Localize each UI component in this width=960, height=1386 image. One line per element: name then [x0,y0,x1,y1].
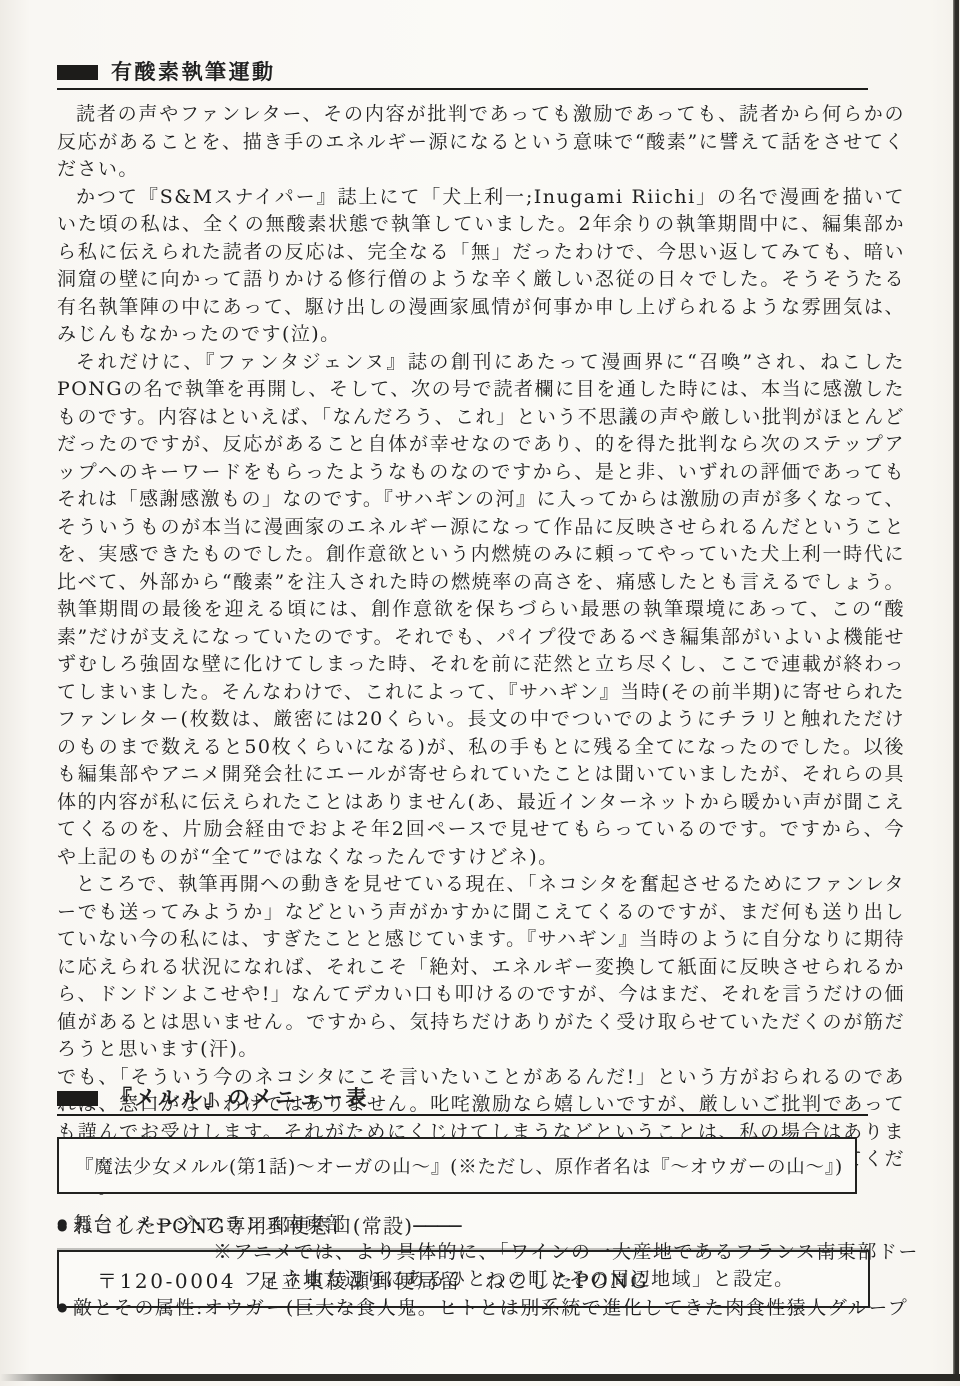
menu-item-note-line: ※アニメでは、より具体的に、「ワインの一大産地であるフランス南東部ドー [213,1239,905,1267]
header-black-bar-icon [57,65,98,80]
menu-item-list: ●舞台イメージ:フランス南東部 ※アニメでは、より具体的に、「ワインの一大産地で… [57,1210,905,1322]
scan-edge-right [953,0,959,1380]
essay-title: 有酸素執筆運動 [111,61,276,82]
menu-item-text: 舞台イメージ:フランス南東部 [73,1213,346,1235]
menu-item-note-line: フィネ地方辺りにあるひとつの町とその周辺地域」と設定。 [243,1266,905,1294]
essay-paragraph: それだけに、『ファンタジェンヌ』誌の創刊にあたって漫画界に“召喚”され、ねこした… [57,349,905,872]
menu-title: 『メルル』のメニュー表 [111,1087,369,1108]
menu-item-text: フィネ地方辺りにあるひとつの町とその周辺地域」と設定。 [243,1268,795,1290]
episode-title-text: 『魔法少女メルル(第1話)〜オーガの山〜』(※ただし、原作者名は『〜オウガーの山… [75,1153,843,1179]
menu-item-text: 敵とその属性:オウガー(巨大な食人鬼。ヒトとは別系統で進化してきた肉食性猿人グル… [73,1297,908,1319]
header-black-bar-icon [57,1091,98,1106]
section-header-menu: 『メルル』のメニュー表 [57,1088,868,1116]
essay-paragraph: ところで、執筆再開への動きを見せている現在、「ネコシタを奮起させるためにファンレ… [57,871,905,1064]
menu-item-stage: ●舞台イメージ:フランス南東部 [57,1210,905,1239]
menu-section: 『メルル』のメニュー表 『魔法少女メルル(第1話)〜オーガの山〜』(※ただし、原… [57,1088,905,1322]
bullet-dot-icon: ● [57,1216,69,1230]
menu-item-text: ※アニメでは、より具体的に、「ワインの一大産地であるフランス南東部ドー [213,1241,919,1263]
bullet-dot-icon: ● [57,1300,69,1314]
essay-paragraph: かつて『S&Mスナイパー』誌上にて「犬上利一;Inugami Riichi」の名… [57,184,905,349]
scanned-document-page: 有酸素執筆運動 読者の声やファンレター、その内容が批判であっても激励であっても、… [0,0,960,1386]
scan-edge-bottom [0,1374,960,1381]
section-header-essay: 有酸素執筆運動 [57,62,868,90]
essay-paragraph: 読者の声やファンレター、その内容が批判であっても激励であっても、読者から何らかの… [57,101,905,184]
menu-item-enemy: ●敵とその属性:オウガー(巨大な食人鬼。ヒトとは別系統で進化してきた肉食性猿人グ… [57,1294,905,1323]
essay-body: 読者の声やファンレター、その内容が批判であっても激励であっても、読者から何らかの… [57,101,905,1201]
episode-title-box: 『魔法少女メルル(第1話)〜オーガの山〜』(※ただし、原作者名は『〜オウガーの山… [57,1137,857,1194]
